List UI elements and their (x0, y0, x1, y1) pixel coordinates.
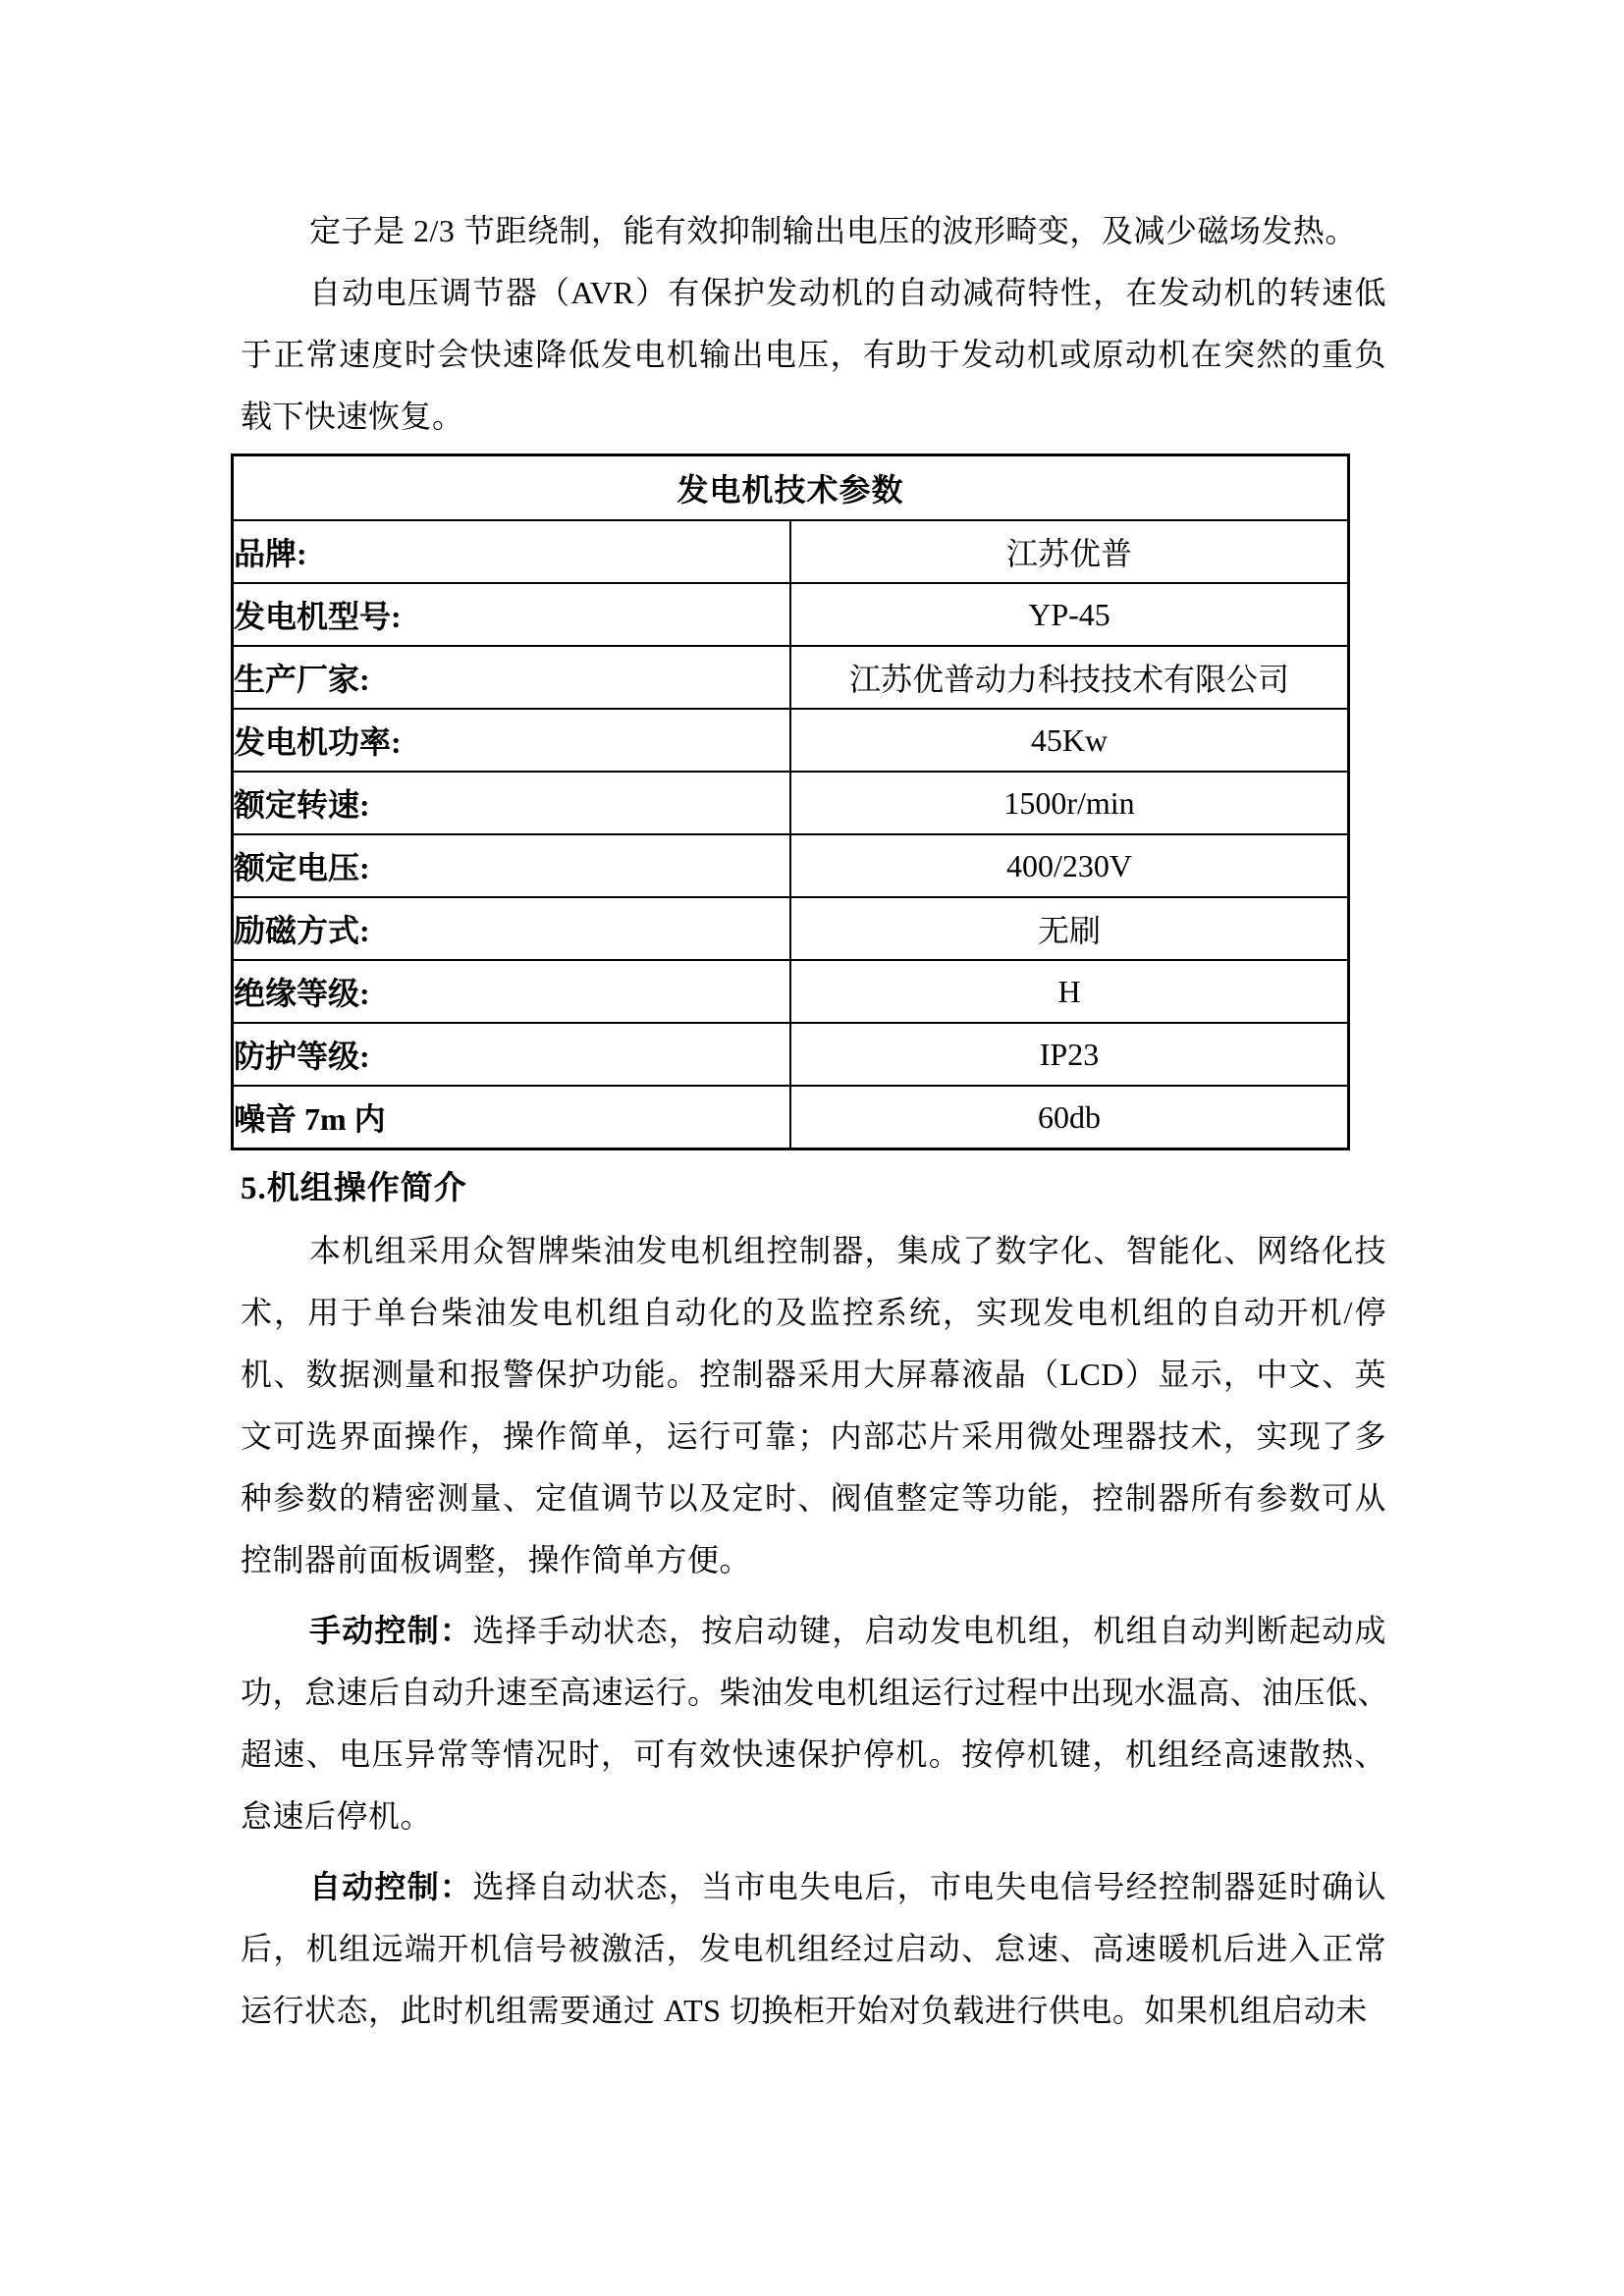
row-label: 品牌: (233, 520, 791, 583)
row-value: 无刷 (790, 897, 1349, 960)
row-value: 400/230V (790, 834, 1349, 897)
row-label: 额定转速: (233, 772, 791, 834)
line-text: 超速、电压异常等情况时，可有效快速保护停机。按停机键，机组经高速散热、 (241, 1736, 1386, 1772)
table-title-row: 发电机技术参数 (233, 455, 1349, 521)
line-text: 文可选界面操作，操作简单，运行可靠；内部芯片采用微处理器技术，实现了多 (241, 1418, 1386, 1454)
line-text: 怠速后停机。 (241, 1798, 432, 1834)
paragraph: 自动控制：选择自动状态，当市电失电后，市电失电信号经控制器延时确认后，机组远端开… (241, 1856, 1386, 2042)
text-line: 控制器前面板调整，操作简单方便。 (241, 1529, 1386, 1591)
table-row: 噪音 7m 内60db (233, 1086, 1349, 1149)
text-line: 种参数的精密测量、定值调节以及定时、阀值整定等功能，控制器所有参数可从 (241, 1468, 1386, 1529)
line-text: 术，用于单台柴油发电机组自动化的及监控系统，实现发电机组的自动开机/停 (241, 1295, 1386, 1330)
text-line: 超速、电压异常等情况时，可有效快速保护停机。按停机键，机组经高速散热、 (241, 1724, 1386, 1786)
paragraph: 定子是 2/3 节距绕制，能有效抑制输出电压的波形畸变，及减少磁场发热。 (241, 200, 1386, 262)
document-content: 定子是 2/3 节距绕制，能有效抑制输出电压的波形畸变，及减少磁场发热。自动电压… (241, 200, 1386, 2042)
row-label: 发电机型号: (233, 583, 791, 646)
row-value: 江苏优普 (790, 520, 1349, 583)
paragraph: 本机组采用众智牌柴油发电机组控制器，集成了数字化、智能化、网络化技术，用于单台柴… (241, 1220, 1386, 1591)
table-row: 额定电压:400/230V (233, 834, 1349, 897)
table-body: 品牌:江苏优普发电机型号:YP-45生产厂家:江苏优普动力科技技术有限公司发电机… (233, 520, 1349, 1149)
paragraph: 自动电压调节器（AVR）有保护发动机的自动减荷特性，在发动机的转速低于正常速度时… (241, 262, 1386, 448)
text-line: 自动电压调节器（AVR）有保护发动机的自动减荷特性，在发动机的转速低 (241, 262, 1386, 324)
row-label: 绝缘等级: (233, 960, 791, 1023)
table-row: 发电机功率:45Kw (233, 709, 1349, 772)
row-value: YP-45 (790, 583, 1349, 646)
line-text: 选择自动状态，当市电失电后，市电失电信号经控制器延时确认 (472, 1869, 1386, 1904)
text-line: 功，怠速后自动升速至高速运行。柴油发电机组运行过程中出现水温高、油压低、 (241, 1662, 1386, 1724)
line-text: 运行状态，此时机组需要通过 ATS 切换柜开始对负载进行供电。如果机组启动未 (241, 1993, 1368, 2028)
generator-params-table: 发电机技术参数 品牌:江苏优普发电机型号:YP-45生产厂家:江苏优普动力科技技… (231, 454, 1350, 1150)
line-text: 载下快速恢复。 (241, 399, 464, 434)
row-value: 江苏优普动力科技技术有限公司 (790, 646, 1349, 709)
text-line: 术，用于单台柴油发电机组自动化的及监控系统，实现发电机组的自动开机/停 (241, 1282, 1386, 1344)
table-row: 生产厂家:江苏优普动力科技技术有限公司 (233, 646, 1349, 709)
text-line: 载下快速恢复。 (241, 386, 1386, 448)
line-text: 种参数的精密测量、定值调节以及定时、阀值整定等功能，控制器所有参数可从 (241, 1480, 1386, 1516)
table-row: 防护等级:IP23 (233, 1023, 1349, 1086)
body-section: 本机组采用众智牌柴油发电机组控制器，集成了数字化、智能化、网络化技术，用于单台柴… (241, 1220, 1386, 2042)
text-line: 运行状态，此时机组需要通过 ATS 切换柜开始对负载进行供电。如果机组启动未 (241, 1980, 1386, 2042)
line-text: 自动电压调节器（AVR）有保护发动机的自动减荷特性，在发动机的转速低 (309, 275, 1386, 310)
table-row: 发电机型号:YP-45 (233, 583, 1349, 646)
text-line: 定子是 2/3 节距绕制，能有效抑制输出电压的波形畸变，及减少磁场发热。 (241, 200, 1386, 262)
line-text: 选择手动状态，按启动键，启动发电机组，机组自动判断起动成 (472, 1613, 1386, 1648)
row-value: 1500r/min (790, 772, 1349, 834)
table-head: 发电机技术参数 (233, 455, 1349, 521)
table-row: 额定转速:1500r/min (233, 772, 1349, 834)
paragraph: 手动控制：选择手动状态，按启动键，启动发电机组，机组自动判断起动成功，怠速后自动… (241, 1600, 1386, 1847)
section-heading: 5.机组操作简介 (241, 1158, 1386, 1220)
line-text: 功，怠速后自动升速至高速运行。柴油发电机组运行过程中出现水温高、油压低、 (241, 1675, 1389, 1710)
text-line: 手动控制：选择手动状态，按启动键，启动发电机组，机组自动判断起动成 (241, 1600, 1386, 1662)
line-text: 控制器前面板调整，操作简单方便。 (241, 1542, 751, 1577)
row-value: IP23 (790, 1023, 1349, 1086)
line-text: 后，机组远端开机信号被激活，发电机组经过启动、怠速、高速暖机后进入正常 (241, 1931, 1386, 1966)
bold-lead: 手动控制： (309, 1613, 472, 1648)
text-line: 怠速后停机。 (241, 1786, 1386, 1847)
document-page: 定子是 2/3 节距绕制，能有效抑制输出电压的波形畸变，及减少磁场发热。自动电压… (0, 0, 1624, 2296)
text-line: 本机组采用众智牌柴油发电机组控制器，集成了数字化、智能化、网络化技 (241, 1220, 1386, 1282)
line-text: 机、数据测量和报警保护功能。控制器采用大屏幕液晶（LCD）显示，中文、英 (241, 1357, 1386, 1392)
row-label: 发电机功率: (233, 709, 791, 772)
line-text: 本机组采用众智牌柴油发电机组控制器，集成了数字化、智能化、网络化技 (309, 1233, 1386, 1268)
text-line: 自动控制：选择自动状态，当市电失电后，市电失电信号经控制器延时确认 (241, 1856, 1386, 1918)
row-value: 60db (790, 1086, 1349, 1149)
text-line: 于正常速度时会快速降低发电机输出电压，有助于发动机或原动机在突然的重负 (241, 324, 1386, 386)
row-value: H (790, 960, 1349, 1023)
row-label: 生产厂家: (233, 646, 791, 709)
row-value: 45Kw (790, 709, 1349, 772)
table-title: 发电机技术参数 (233, 455, 1349, 521)
text-line: 后，机组远端开机信号被激活，发电机组经过启动、怠速、高速暖机后进入正常 (241, 1918, 1386, 1980)
row-label: 励磁方式: (233, 897, 791, 960)
row-label: 额定电压: (233, 834, 791, 897)
row-label: 防护等级: (233, 1023, 791, 1086)
line-text: 定子是 2/3 节距绕制，能有效抑制输出电压的波形畸变，及减少磁场发热。 (309, 213, 1357, 248)
table-row: 绝缘等级:H (233, 960, 1349, 1023)
text-line: 机、数据测量和报警保护功能。控制器采用大屏幕液晶（LCD）显示，中文、英 (241, 1344, 1386, 1406)
row-label: 噪音 7m 内 (233, 1086, 791, 1149)
table-row: 品牌:江苏优普 (233, 520, 1349, 583)
line-text: 于正常速度时会快速降低发电机输出电压，有助于发动机或原动机在突然的重负 (241, 337, 1386, 372)
table-row: 励磁方式:无刷 (233, 897, 1349, 960)
bold-lead: 自动控制： (309, 1869, 472, 1904)
text-line: 文可选界面操作，操作简单，运行可靠；内部芯片采用微处理器技术，实现了多 (241, 1406, 1386, 1468)
intro-section: 定子是 2/3 节距绕制，能有效抑制输出电压的波形畸变，及减少磁场发热。自动电压… (241, 200, 1386, 448)
